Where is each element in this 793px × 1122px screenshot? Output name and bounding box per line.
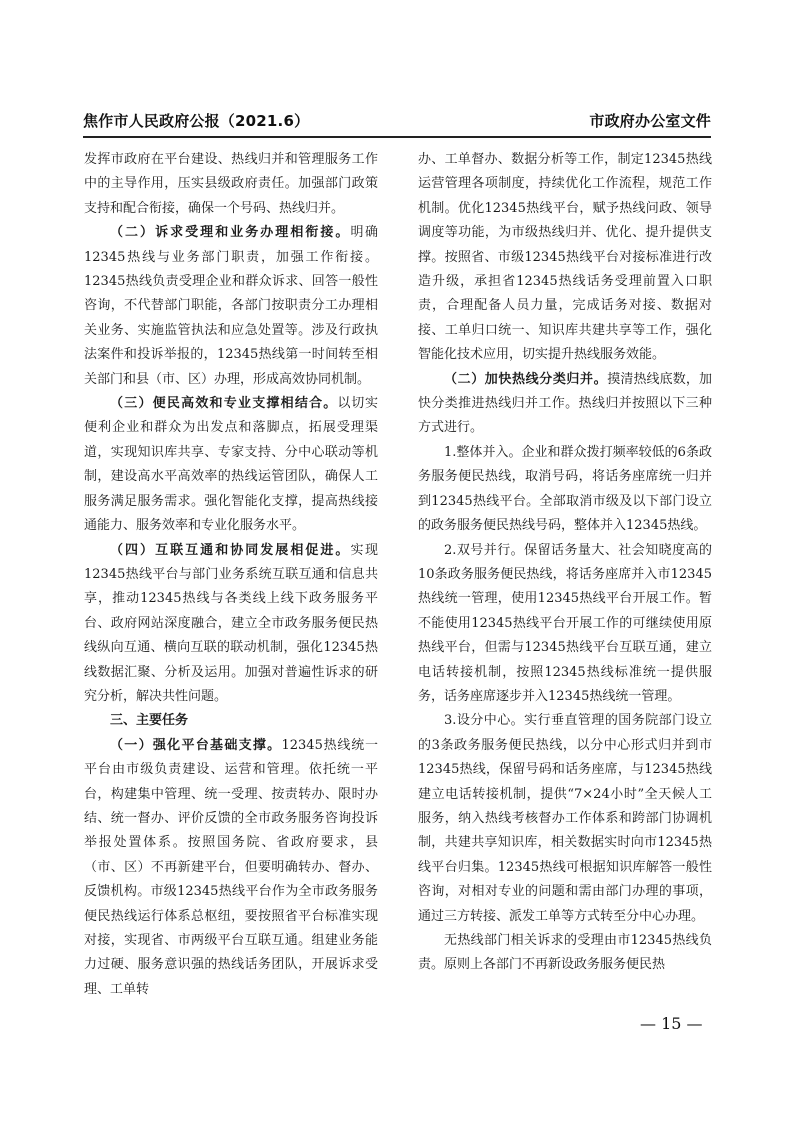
subheading: （三）便民高效和专业支撑相结合。 bbox=[110, 396, 338, 411]
subheading: （四）互联互通和协同发展相促进。 bbox=[110, 543, 350, 558]
paragraph: 3.设分中心。实行垂直管理的国务院部门设立的3条政务服务便民热线，以分中心形式归… bbox=[418, 709, 712, 929]
paragraph-body: 明确12345热线与业务部门职责，加强工作衔接。12345热线负责受理企业和群众… bbox=[84, 225, 378, 386]
header-divider bbox=[83, 136, 711, 138]
paragraph: （二）加快热线分类归并。摸清热线底数，加快分类推进热线归并工作。热线归并按照以下… bbox=[418, 368, 712, 441]
subheading: （二）加快热线分类归并。 bbox=[444, 372, 607, 387]
paragraph: 1.整体并入。企业和群众拨打频率较低的6条政务服务便民热线，取消号码，将话务座席… bbox=[418, 441, 712, 539]
left-column: 发挥市政府在平台建设、热线归并和管理服务工作中的主导作用，压实县级政府责任。加强… bbox=[84, 148, 378, 1002]
section-heading: 三、主要任务 bbox=[84, 709, 378, 733]
paragraph-body: 12345热线统一平台由市级负责建设、运营和管理。依托统一平台，构建集中管理、统… bbox=[84, 738, 378, 997]
subheading: （二）诉求受理和业务办理相衔接。 bbox=[110, 225, 350, 240]
paragraph-body: 以切实便利企业和群众为出发点和落脚点，拓展受理渠道，实现知识库共享、专家支持、分… bbox=[84, 396, 378, 533]
section-label: 市政府办公室文件 bbox=[589, 110, 711, 131]
paragraph: 发挥市政府在平台建设、热线归并和管理服务工作中的主导作用，压实县级政府责任。加强… bbox=[84, 148, 378, 221]
paragraph-body: 实现12345热线平台与部门业务系统互联互通和信息共享，推动12345热线与各类… bbox=[84, 543, 378, 704]
page-number: — 15 — bbox=[640, 1014, 703, 1033]
paragraph: （二）诉求受理和业务办理相衔接。明确12345热线与业务部门职责，加强工作衔接。… bbox=[84, 221, 378, 392]
subheading: （一）强化平台基础支撑。 bbox=[110, 738, 281, 753]
publication-title: 焦作市人民政府公报（2021.6） bbox=[83, 110, 309, 131]
paragraph: 2.双号并行。保留话务量大、社会知晓度高的10条政务服务便民热线，将话务座席并入… bbox=[418, 539, 712, 710]
paragraph: （三）便民高效和专业支撑相结合。以切实便利企业和群众为出发点和落脚点，拓展受理渠… bbox=[84, 392, 378, 538]
paragraph: 办、工单督办、数据分析等工作，制定12345热线运营管理各项制度，持续优化工作流… bbox=[418, 148, 712, 368]
right-column: 办、工单督办、数据分析等工作，制定12345热线运营管理各项制度，持续优化工作流… bbox=[418, 148, 712, 978]
paragraph: 无热线部门相关诉求的受理由市12345热线负责。原则上各部门不再新设政务服务便民… bbox=[418, 929, 712, 978]
paragraph: （一）强化平台基础支撑。12345热线统一平台由市级负责建设、运营和管理。依托统… bbox=[84, 734, 378, 1002]
paragraph: （四）互联互通和协同发展相促进。实现12345热线平台与部门业务系统互联互通和信… bbox=[84, 539, 378, 710]
running-header: 焦作市人民政府公报（2021.6） 市政府办公室文件 bbox=[83, 110, 711, 136]
